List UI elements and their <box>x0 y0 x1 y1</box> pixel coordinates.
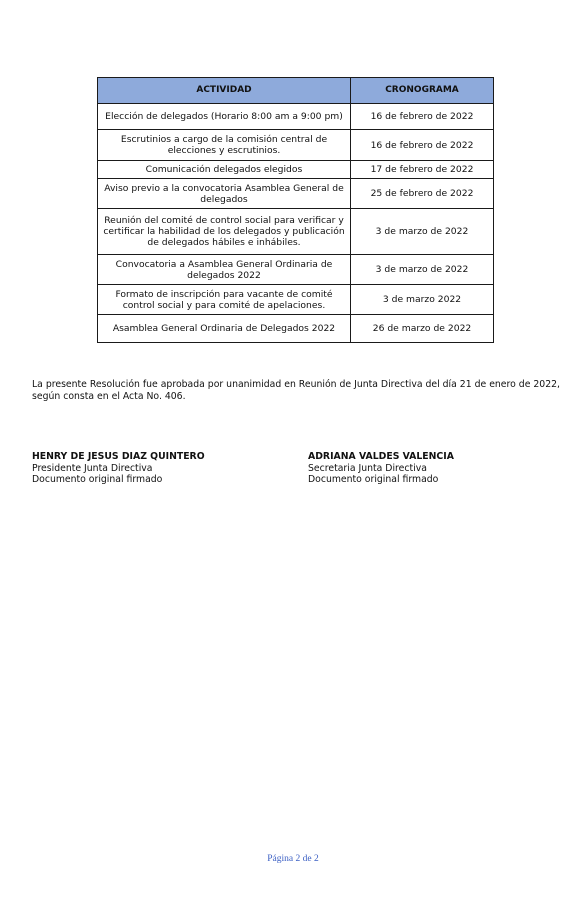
date-cell: 17 de febrero de 2022 <box>351 161 494 179</box>
table-row: Aviso previo a la convocatoria Asamblea … <box>98 179 494 209</box>
activity-cell: Asamblea General Ordinaria de Delegados … <box>98 315 351 343</box>
schedule-table: ACTIVIDAD CRONOGRAMA Elección de delegad… <box>97 77 494 343</box>
signature-block-president: HENRY DE JESUS DIAZ QUINTERO Presidente … <box>32 451 205 486</box>
date-cell: 3 de marzo de 2022 <box>351 255 494 285</box>
date-cell: 26 de marzo de 2022 <box>351 315 494 343</box>
table-row: Formato de inscripción para vacante de c… <box>98 285 494 315</box>
table-row: Reunión del comité de control social par… <box>98 209 494 255</box>
table-row: Elección de delegados (Horario 8:00 am a… <box>98 104 494 130</box>
date-cell: 25 de febrero de 2022 <box>351 179 494 209</box>
activity-cell: Aviso previo a la convocatoria Asamblea … <box>98 179 351 209</box>
date-cell: 3 de marzo 2022 <box>351 285 494 315</box>
signer-role: Secretaria Junta Directiva <box>308 463 454 475</box>
signer-name: ADRIANA VALDES VALENCIA <box>308 451 454 463</box>
activity-cell: Escrutinios a cargo de la comisión centr… <box>98 130 351 161</box>
signer-name: HENRY DE JESUS DIAZ QUINTERO <box>32 451 205 463</box>
table-row: Escrutinios a cargo de la comisión centr… <box>98 130 494 161</box>
activity-cell: Reunión del comité de control social par… <box>98 209 351 255</box>
activity-cell: Elección de delegados (Horario 8:00 am a… <box>98 104 351 130</box>
activity-cell: Formato de inscripción para vacante de c… <box>98 285 351 315</box>
table-row: Comunicación delegados elegidos 17 de fe… <box>98 161 494 179</box>
signature-note: Documento original firmado <box>308 474 454 486</box>
activity-cell: Comunicación delegados elegidos <box>98 161 351 179</box>
date-cell: 16 de febrero de 2022 <box>351 130 494 161</box>
page-number: Página 2 de 2 <box>0 854 586 864</box>
signature-block-secretary: ADRIANA VALDES VALENCIA Secretaria Junta… <box>308 451 454 486</box>
date-cell: 3 de marzo de 2022 <box>351 209 494 255</box>
signer-role: Presidente Junta Directiva <box>32 463 205 475</box>
table-row: Asamblea General Ordinaria de Delegados … <box>98 315 494 343</box>
date-cell: 16 de febrero de 2022 <box>351 104 494 130</box>
table-row: Convocatoria a Asamblea General Ordinari… <box>98 255 494 285</box>
table-header-row: ACTIVIDAD CRONOGRAMA <box>98 78 494 104</box>
header-schedule: CRONOGRAMA <box>351 78 494 104</box>
approval-paragraph: La presente Resolución fue aprobada por … <box>32 379 560 402</box>
header-activity: ACTIVIDAD <box>98 78 351 104</box>
activity-cell: Convocatoria a Asamblea General Ordinari… <box>98 255 351 285</box>
signature-note: Documento original firmado <box>32 474 205 486</box>
